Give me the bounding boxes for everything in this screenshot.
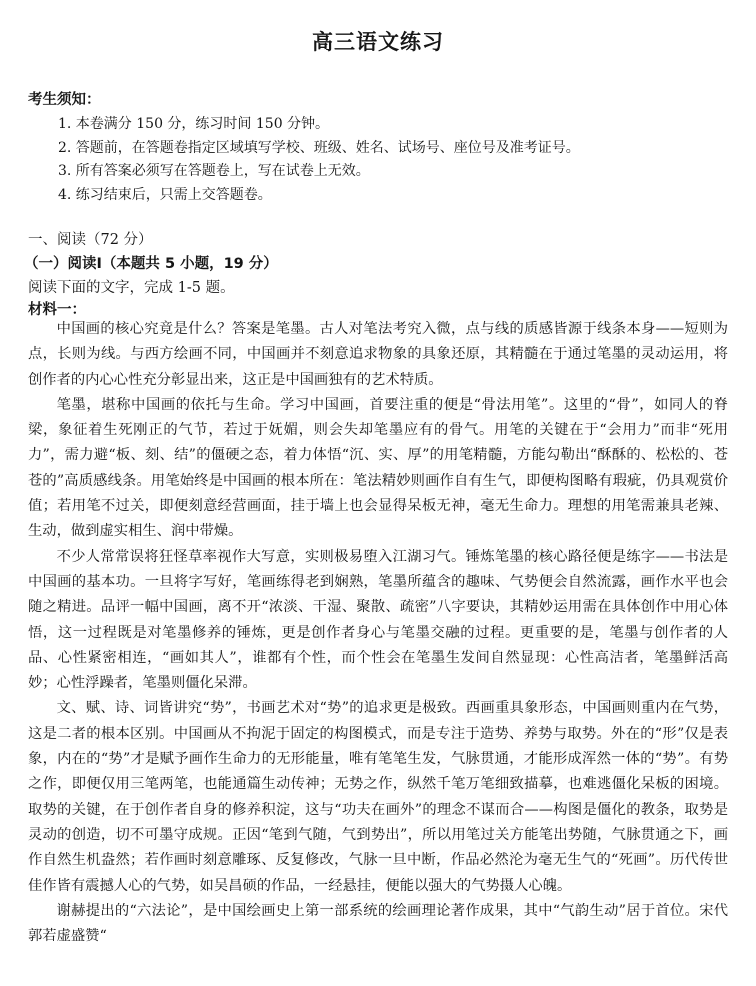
notice-item: 3. 所有答案必须写在答题卷上，写在试卷上无效。	[58, 160, 580, 184]
notice-item: 4. 练习结束后，只需上交答题卷。	[58, 184, 580, 208]
page-title: 高三语文练习	[0, 26, 756, 56]
notice-heading: 考生须知：	[28, 88, 101, 109]
passage-paragraph: 不少人常常误将狂怪草率视作大写意，实则极易堕入江湖习气。锤炼笔墨的核心路径便是练…	[28, 545, 728, 697]
notice-item: 1. 本卷满分 150 分，练习时间 150 分钟。	[58, 113, 580, 137]
page-curl-fade	[395, 935, 756, 986]
instruction-text: 阅读下面的文字，完成 1-5 题。	[28, 276, 235, 297]
passage-paragraph: 中国画的核心究竟是什么？答案是笔墨。古人对笔法考究入微，点与线的质感皆源于线条本…	[28, 317, 728, 393]
notice-item: 2. 答题前，在答题卷指定区域填写学校、班级、姓名、试场号、座位号及准考证号。	[58, 137, 580, 161]
subsection-heading: （一）阅读Ⅰ（本题共 5 小题，19 分）	[24, 252, 278, 273]
material-label: 材料一：	[28, 298, 86, 319]
passage-paragraph: 文、赋、诗、词皆讲究“势”，书画艺术对“势”的追求更是极致。西画重具象形态，中国…	[28, 696, 728, 898]
section-heading: 一、阅读（72 分）	[28, 228, 153, 249]
passage: 中国画的核心究竟是什么？答案是笔墨。古人对笔法考究入微，点与线的质感皆源于线条本…	[28, 317, 728, 949]
passage-paragraph: 笔墨，堪称中国画的依托与生命。学习中国画，首要注重的便是“骨法用笔”。这里的“骨…	[28, 393, 728, 545]
notice-list: 1. 本卷满分 150 分，练习时间 150 分钟。 2. 答题前，在答题卷指定…	[58, 113, 580, 207]
